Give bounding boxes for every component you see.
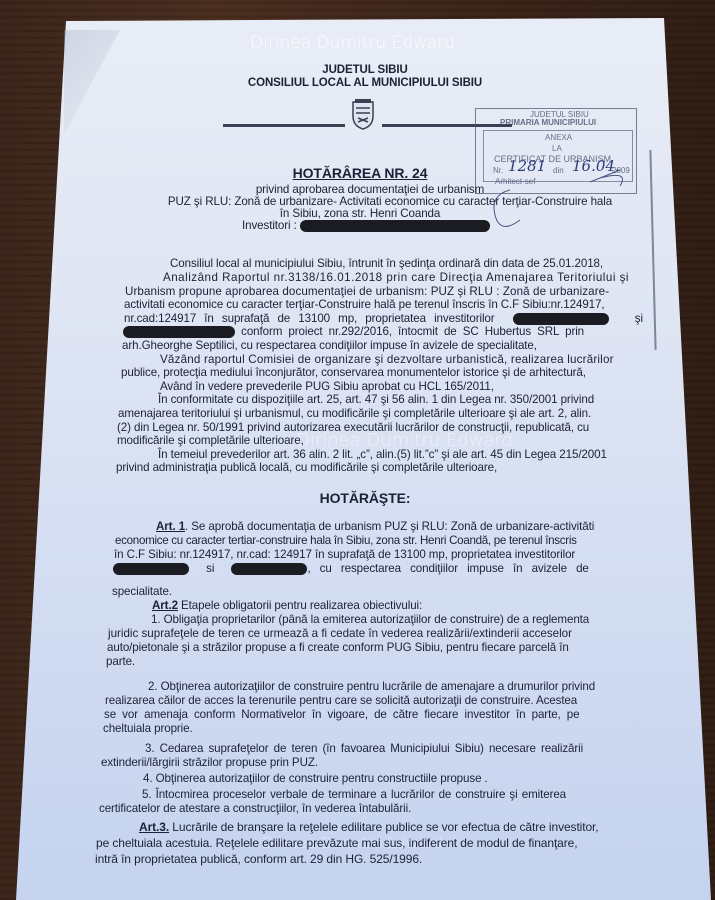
art2-line-10: extinderii/lărgirii străzilor propuse pr…: [101, 756, 318, 769]
art2-line-1: 1. Obligaţia proprietarilor (până la emi…: [151, 613, 589, 626]
art3-label: Art.3.: [139, 820, 169, 834]
preamble-line-10: Având în vedere prevederile PUG Sibiu ap…: [160, 380, 494, 393]
art3-line-1: Art.3. Lucrările de branşare la reţelele…: [139, 820, 599, 834]
preamble-line-16: privind administraţia publică locală, cu…: [116, 461, 497, 474]
art2-intro: Art.2 Etapele obligatorii pentru realiza…: [152, 599, 422, 612]
decision-title: HOTĂRÂREA NR. 24: [240, 165, 480, 181]
art1-line-1: Art. 1. Se aprobă documentaţia de urbani…: [156, 520, 594, 533]
art3-line-3: intră în proprietatea publică, conform a…: [95, 852, 422, 866]
stamp-line-3: ANEXA: [545, 133, 572, 142]
art2-line-3: auto/pietonale şi a străzilor propuse a …: [107, 641, 569, 654]
redacted-investors: [300, 220, 490, 232]
investors-label-text: Investitori :: [242, 219, 297, 232]
art2-line-5: 2. Obţinerea autorizaţiilor de construir…: [148, 680, 595, 693]
preamble-line-7: arh.Gheorghe Septilici, cu respectarea c…: [122, 339, 537, 352]
art2-line-8: cheltuiala proprie.: [103, 722, 193, 735]
art2-line-6: realizarea căilor de acces la terenurile…: [105, 694, 577, 707]
preamble-line-6-text: conform proiect nr.292/2016, întocmit de…: [241, 325, 584, 338]
art3-line-2: pe cheltuiala acestuia. Reţelele edilita…: [96, 836, 577, 850]
art2-intro-text: Etapele obligatorii pentru realizarea ob…: [178, 599, 422, 612]
art1-line-2: economice cu caracter tertiar-construire…: [115, 534, 577, 547]
header-rule-left: [223, 124, 345, 127]
art2-line-13: certificatelor de atestare a construcţii…: [99, 802, 411, 815]
preamble-and: şi: [635, 312, 643, 325]
art1-line-3: în C.F Sibiu: nr.124917, nr.cad: 124917 …: [114, 548, 575, 561]
preamble-line-12: amenajarea teritoriului şi urbanismul, c…: [118, 407, 591, 420]
art1-line-4: si , cu respectarea condiţiilor impuse î…: [113, 562, 589, 575]
preamble-line-14: modificările şi completările ulterioare,: [117, 434, 304, 447]
art1-and: si: [206, 562, 214, 575]
preamble-line-13: (2) din Legea nr. 50/1991 privind autori…: [117, 421, 589, 434]
county-heading: JUDETUL SIBIU: [280, 64, 450, 76]
council-heading: CONSILIUL LOCAL AL MUNICIPIULUI SIBIU: [240, 77, 490, 89]
art1-label: Art. 1: [156, 520, 185, 533]
art2-label: Art.2: [152, 599, 178, 612]
preamble-line-2: Analizând Raportul nr.3138/16.01.2018 pr…: [163, 271, 629, 284]
watermark-top: Dirinea Dumitru Edward: [250, 33, 455, 53]
preamble-line-3: Urbanism propune aprobarea documentaţiei…: [125, 285, 609, 298]
redacted-investor-4: [231, 563, 307, 575]
preamble-line-15: În temeiul prevederilor art. 36 alin. 2 …: [158, 448, 607, 461]
coat-of-arms-icon: [350, 98, 376, 130]
stamp-line-4: LA: [552, 144, 562, 153]
art1-line-5: specialitate.: [112, 585, 172, 598]
preamble-line-5: nr.cad:124917 în suprafaţă de 13100 mp, …: [124, 312, 643, 325]
art2-line-11: 4. Obţinerea autorizaţiilor de construir…: [143, 772, 488, 785]
stamp-line-2: PRIMARIA MUNICIPIULUI: [500, 118, 596, 127]
art2-line-12: 5. Întocmirea proceselor verbale de term…: [142, 788, 566, 801]
preamble-line-1: Consiliul local al municipiului Sibiu, î…: [170, 257, 603, 270]
preamble-line-4: activitati economice cu caracter terţiar…: [124, 298, 605, 311]
redacted-investor-1: [513, 313, 609, 325]
redacted-investor-3: [113, 563, 189, 575]
art1-text-4: , cu respectarea condiţiilor impuse în a…: [307, 562, 588, 575]
preamble-line-11: În conformitate cu dispoziţiile art. 25,…: [158, 393, 594, 406]
preamble-line-8: Văzând raportul Comisiei de organizare ş…: [160, 353, 614, 366]
redacted-investor-2: [123, 326, 235, 338]
art1-text-1: . Se aprobă documentaţia de urbanism PUZ…: [185, 520, 594, 533]
art2-line-7: se vor amenaja conform Normativelor în v…: [104, 708, 579, 721]
preamble-line-5-text: nr.cad:124917 în suprafaţă de 13100 mp, …: [124, 312, 495, 325]
preamble-line-6: conform proiect nr.292/2016, întocmit de…: [123, 325, 584, 338]
preamble-line-9: publice, protecţia mediului înconjurător…: [121, 366, 586, 379]
art2-line-4: parte.: [106, 655, 135, 668]
decides-heading: HOTĂRĂŞTE:: [300, 490, 430, 506]
art2-line-9: 3. Cedarea suprafeţelor de teren (în fav…: [145, 742, 583, 755]
art2-line-2: juridic suprafeţele de teren ce urmează …: [108, 627, 572, 640]
investors-label: Investitori :: [242, 219, 490, 232]
art3-text-1: Lucrările de branşare la reţelele edilit…: [169, 820, 598, 834]
